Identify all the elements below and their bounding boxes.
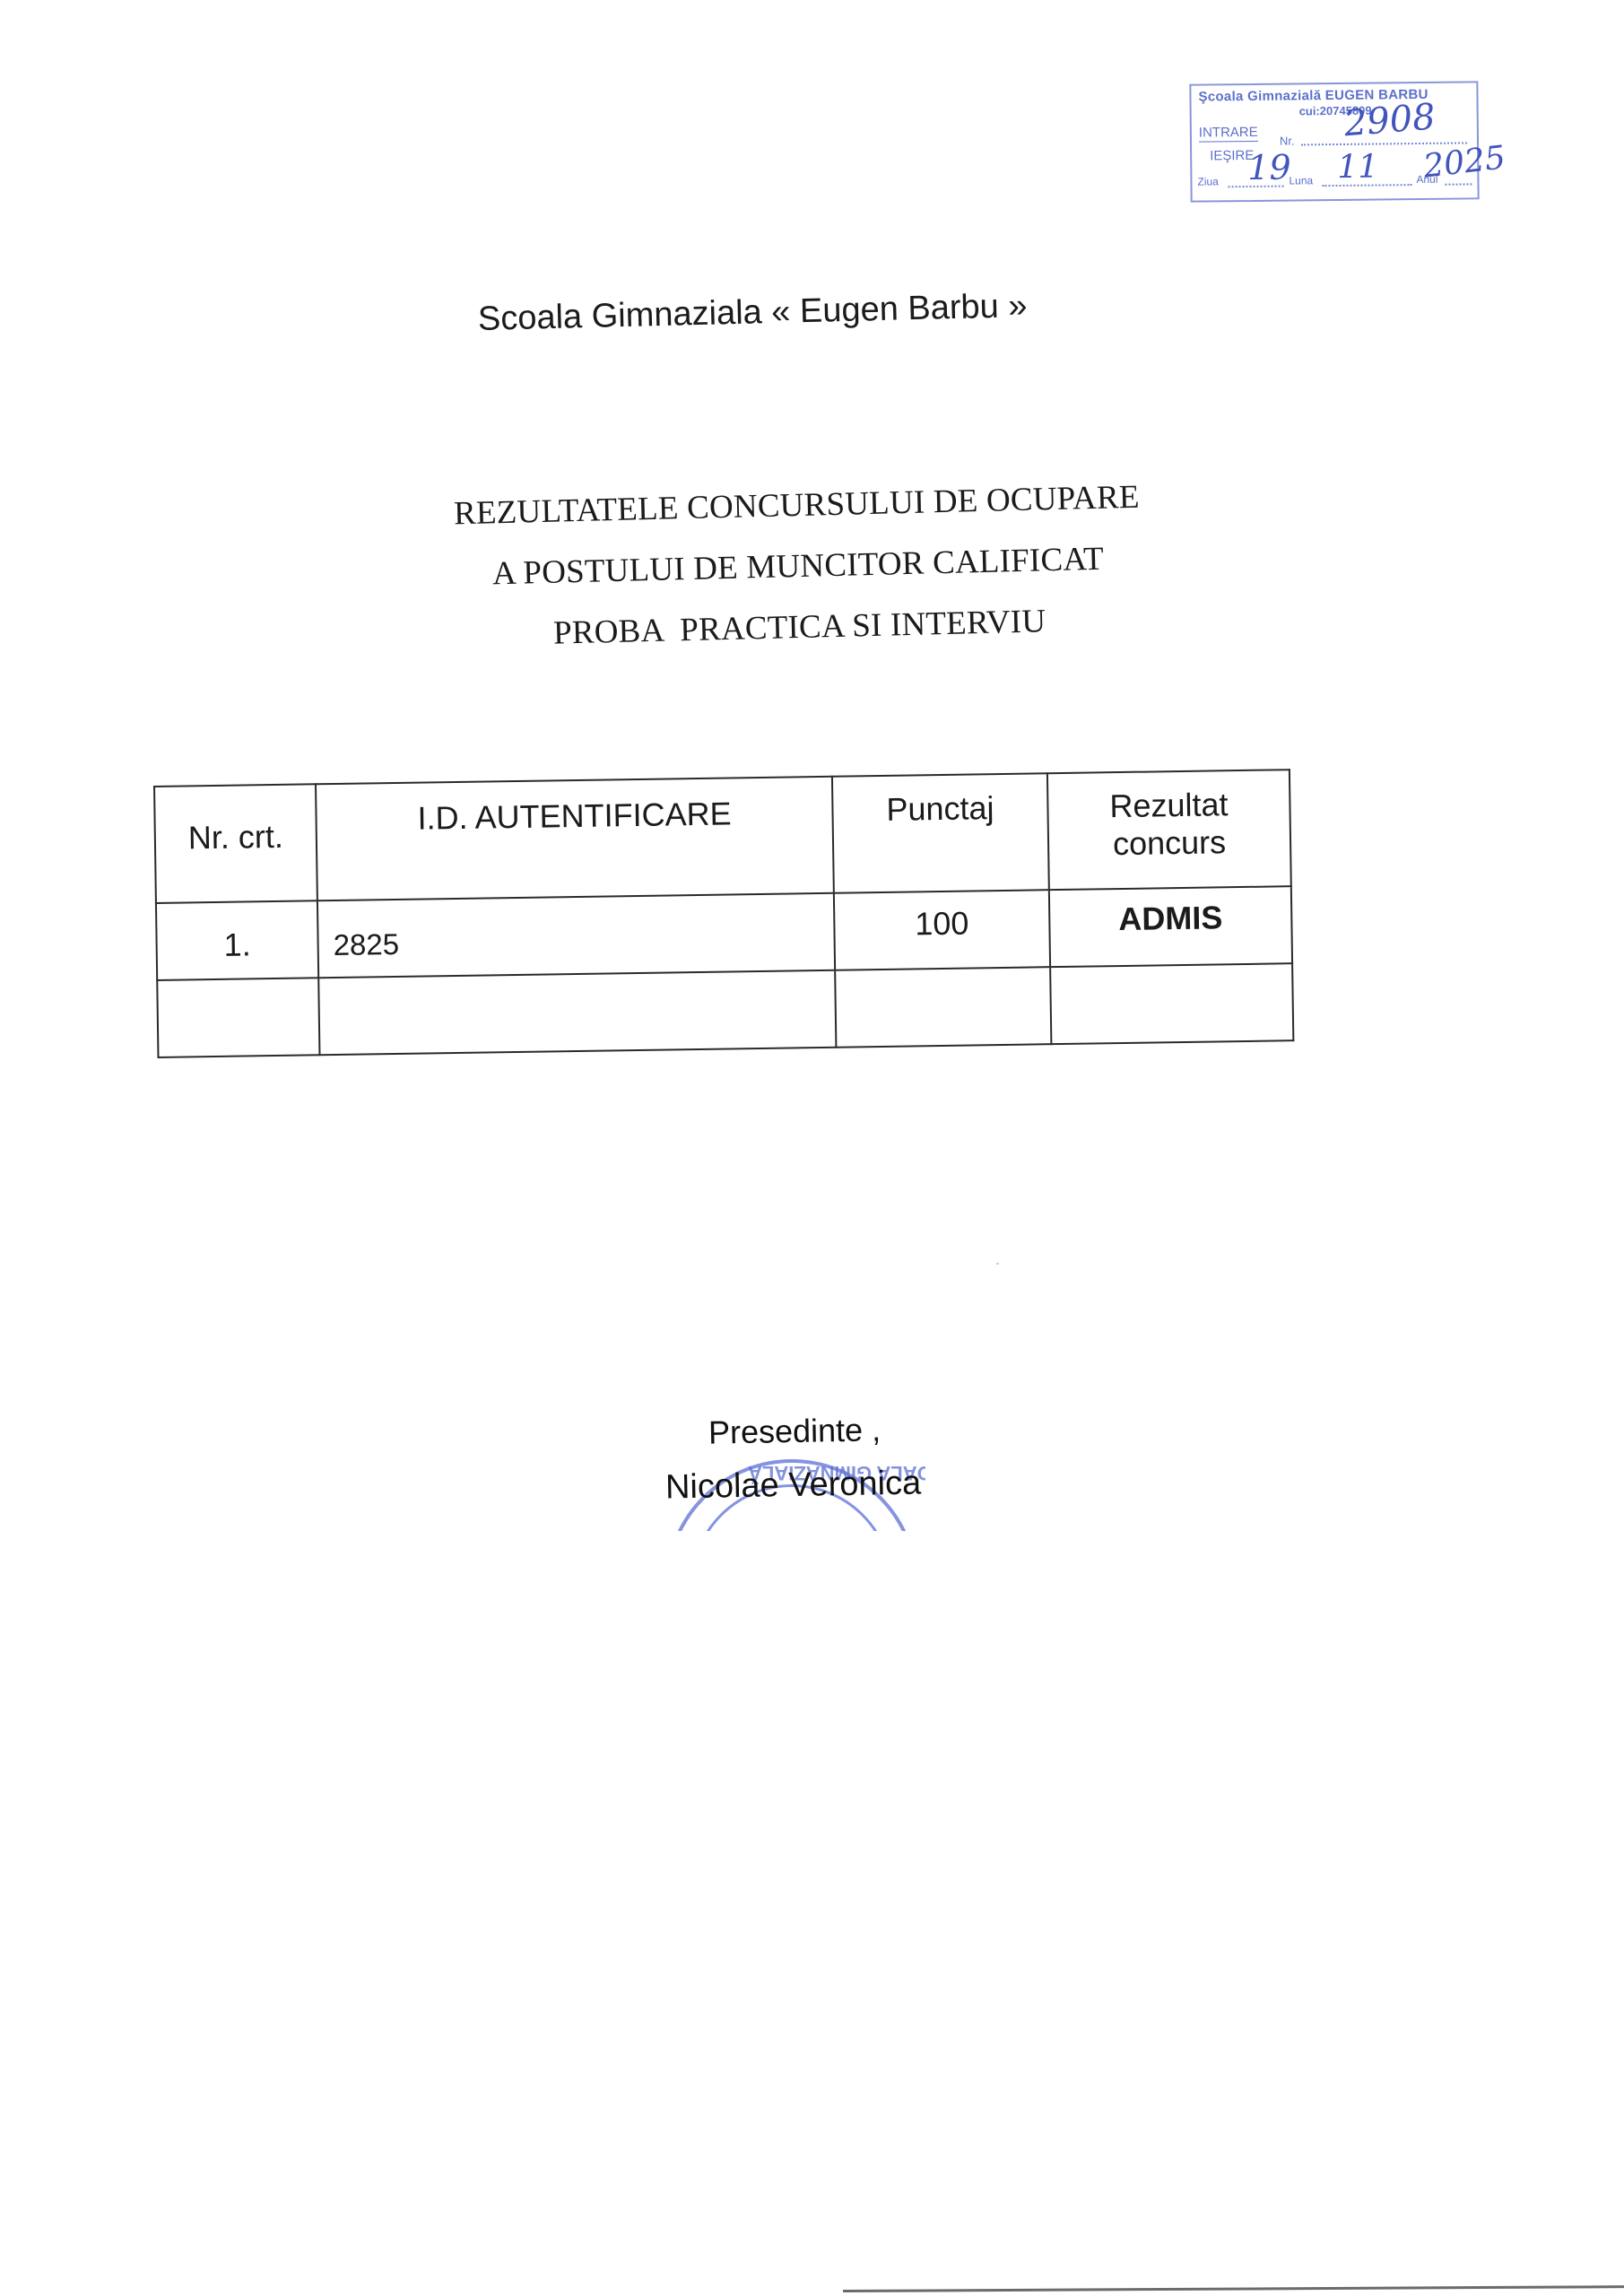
registration-stamp: Şcoala Gimnazială EUGEN BARBU cui:207458… [1189, 81, 1479, 202]
school-name: Scoala Gimnaziala « Eugen Barbu » [477, 287, 1027, 339]
stamp-month-value: 11 [1337, 148, 1378, 185]
page-bottom-edge [843, 2285, 1624, 2292]
cell-nr [157, 978, 319, 1057]
stamp-day-label: Ziua [1197, 175, 1218, 187]
signatory-role: Presedinte , [708, 1411, 881, 1451]
results-table: Nr. crt. I.D. AUTENTIFICARE Punctaj Rezu… [153, 769, 1294, 1058]
column-header-nr: Nr. crt. [154, 784, 317, 903]
stamp-day-value: 19 [1247, 148, 1291, 188]
cell-result: ADMIS [1049, 886, 1292, 967]
column-header-id: I.D. AUTENTIFICARE [316, 777, 834, 901]
table-header-row: Nr. crt. I.D. AUTENTIFICARE Punctaj Rezu… [154, 770, 1291, 903]
stamp-entry-label: INTRARE [1199, 125, 1258, 143]
cell-score: 100 [834, 890, 1050, 970]
stamp-number-label: Nr. [1280, 134, 1295, 147]
stamp-number-dotline [1301, 142, 1467, 145]
cell-score [835, 967, 1051, 1048]
signatory-name: Nicolae Veronica [665, 1465, 922, 1508]
cell-result [1050, 963, 1293, 1044]
cell-id: 2825 [317, 893, 835, 978]
column-header-score: Punctaj [832, 773, 1049, 893]
stamp-number-value: 2908 [1342, 96, 1437, 144]
document-title: REZULTATELE CONCURSULUI DE OCUPARE A POS… [393, 465, 1204, 668]
stamp-month-label: Luna [1289, 174, 1313, 187]
stamp-year-dotline [1445, 183, 1472, 185]
scan-speck [996, 1263, 999, 1265]
column-header-result: Rezultatconcurs [1047, 770, 1291, 890]
cell-nr: 1. [156, 900, 318, 980]
stamp-year-value: 2025 [1421, 139, 1507, 185]
table-row [157, 963, 1293, 1057]
cell-id [318, 970, 836, 1056]
